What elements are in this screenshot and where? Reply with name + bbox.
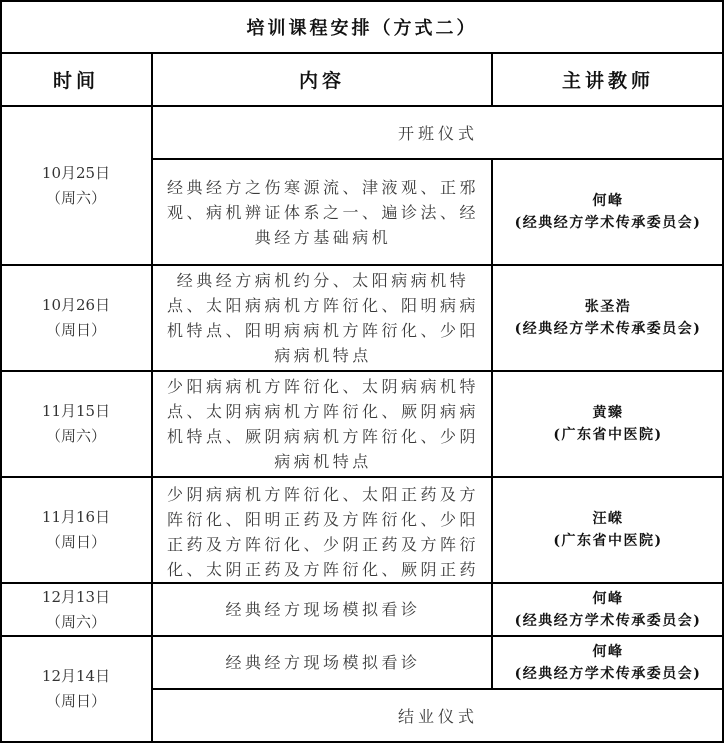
date-label: 10月26日 xyxy=(42,293,110,318)
date-label: 11月16日 xyxy=(42,505,110,530)
opening-ceremony: 开班仪式 xyxy=(152,106,724,159)
table-row-date: 11月15日 （周六） xyxy=(0,371,152,477)
teacher-cell: 张圣浩 (经典经方学术传承委员会) xyxy=(492,265,724,371)
course-content: 少阴病病机方阵衍化、太阳正药及方阵衍化、阳明正药及方阵衍化、少阳正药及方阵衍化、… xyxy=(152,477,492,583)
table-row-date: 10月25日 （周六） xyxy=(0,106,152,265)
date-label: 12月13日 xyxy=(42,585,110,610)
teacher-cell: 何峰 (经典经方学术传承委员会) xyxy=(492,636,724,689)
divider xyxy=(0,476,724,478)
teacher-name: 何峰 xyxy=(593,190,624,212)
weekday-label: （周日） xyxy=(46,689,106,714)
teacher-cell: 何峰 (经典经方学术传承委员会) xyxy=(492,159,724,265)
closing-ceremony: 结业仪式 xyxy=(152,689,724,742)
table-row-date: 12月13日 （周六） xyxy=(0,583,152,636)
schedule-table: 培训课程安排（方式二） 时间 内容 主讲教师 10月25日 （周六） 开班仪式 … xyxy=(0,0,724,743)
table-row-date: 12月14日 （周日） xyxy=(0,636,152,742)
column-divider xyxy=(491,52,493,106)
divider xyxy=(152,158,724,160)
column-header-content: 内容 xyxy=(152,53,492,106)
column-divider xyxy=(151,52,153,743)
weekday-label: （周六） xyxy=(46,424,106,449)
divider xyxy=(0,105,724,107)
weekday-label: （周日） xyxy=(46,530,106,555)
table-row-date: 11月16日 （周日） xyxy=(0,477,152,583)
border-top xyxy=(0,0,724,2)
course-content: 经典经方现场模拟看诊 xyxy=(152,636,492,689)
date-label: 11月15日 xyxy=(42,399,110,424)
weekday-label: （周日） xyxy=(46,318,106,343)
teacher-cell: 黄臻 (广东省中医院) xyxy=(492,371,724,477)
table-title: 培训课程安排（方式二） xyxy=(0,0,724,53)
column-header-teacher: 主讲教师 xyxy=(492,53,724,106)
table-row-date: 10月26日 （周日） xyxy=(0,265,152,371)
weekday-label: （周六） xyxy=(46,186,106,211)
teacher-name: 何峰 xyxy=(593,588,624,610)
date-label: 10月25日 xyxy=(42,161,110,186)
teacher-org: (经典经方学术传承委员会) xyxy=(515,212,702,234)
teacher-name: 汪嵘 xyxy=(593,508,624,530)
teacher-cell: 何峰 (经典经方学术传承委员会) xyxy=(492,583,724,636)
teacher-org: (广东省中医院) xyxy=(553,424,662,446)
weekday-label: （周六） xyxy=(46,610,106,635)
teacher-org: (广东省中医院) xyxy=(553,530,662,552)
teacher-cell: 汪嵘 (广东省中医院) xyxy=(492,477,724,583)
date-label: 12月14日 xyxy=(42,664,110,689)
teacher-name: 张圣浩 xyxy=(585,296,632,318)
teacher-org: (经典经方学术传承委员会) xyxy=(515,318,702,340)
divider xyxy=(0,52,724,54)
divider xyxy=(152,688,724,690)
course-content: 经典经方病机约分、太阳病病机特点、太阳病病机方阵衍化、阳明病病机特点、阳明病病机… xyxy=(152,265,492,371)
divider xyxy=(0,635,724,637)
divider xyxy=(0,370,724,372)
course-content: 少阳病病机方阵衍化、太阴病病机特点、太阴病病机方阵衍化、厥阴病病机特点、厥阴病病… xyxy=(152,371,492,477)
column-header-time: 时间 xyxy=(0,53,152,106)
teacher-name: 黄臻 xyxy=(593,402,624,424)
divider xyxy=(0,264,724,266)
teacher-name: 何峰 xyxy=(593,641,624,663)
column-divider xyxy=(491,158,493,689)
course-content: 经典经方现场模拟看诊 xyxy=(152,583,492,636)
divider xyxy=(0,582,724,584)
course-content: 经典经方之伤寒源流、津液观、正邪观、病机辨证体系之一、遍诊法、经典经方基础病机 xyxy=(152,159,492,265)
teacher-org: (经典经方学术传承委员会) xyxy=(515,610,702,632)
teacher-org: (经典经方学术传承委员会) xyxy=(515,663,702,685)
